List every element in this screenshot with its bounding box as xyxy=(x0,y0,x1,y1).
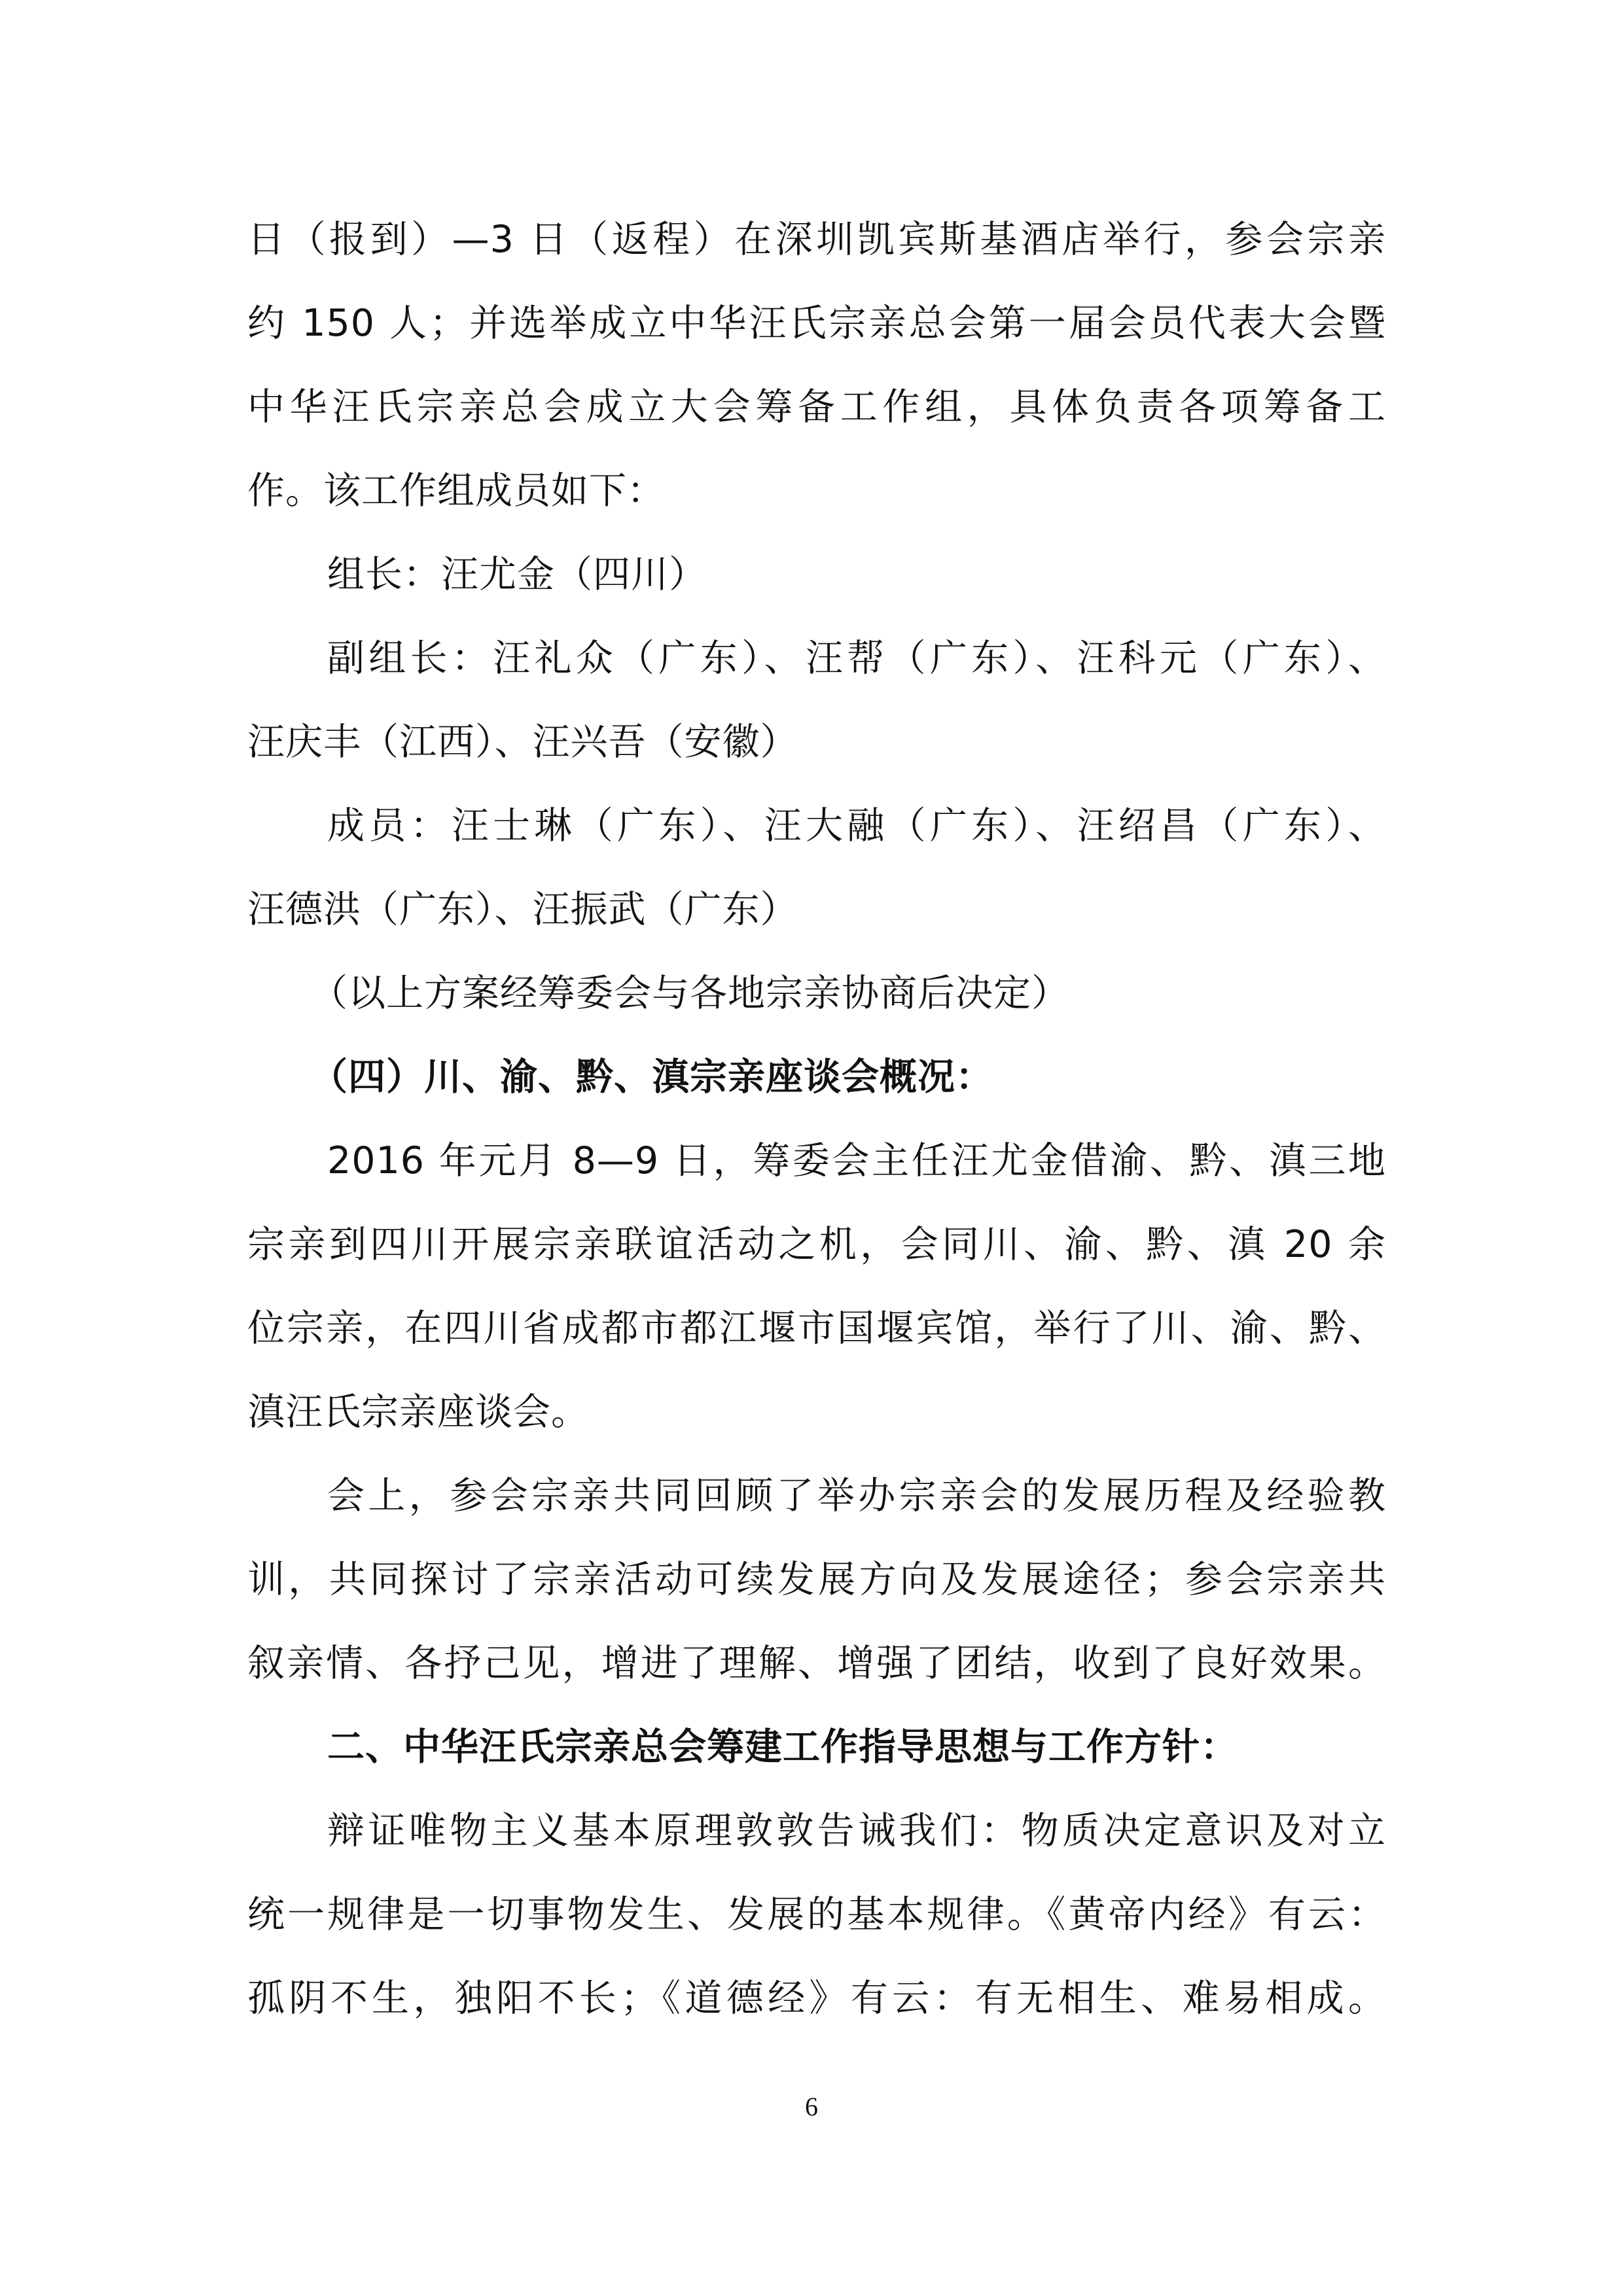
members-line: 汪德洪（广东）、汪振武（广东） xyxy=(247,883,1386,967)
document-page: 日（报到）—3 日（返程）在深圳凯宾斯基酒店举行，参会宗亲 约 150 人；并选… xyxy=(0,0,1623,2296)
paragraph-line: 会上，参会宗亲共同回顾了举办宗亲会的发展历程及经验教 xyxy=(247,1470,1386,1553)
paragraph-line: 辩证唯物主义基本原理敦敦告诫我们：物质决定意识及对立 xyxy=(247,1805,1386,1888)
paragraph-line: 统一规律是一切事物发生、发展的基本规律。《黄帝内经》有云： xyxy=(247,1888,1386,1972)
paragraph-line: 作。该工作组成员如下： xyxy=(247,465,1386,548)
paragraph-line: 训，共同探讨了宗亲活动可续发展方向及发展途径；参会宗亲共 xyxy=(247,1553,1386,1637)
note-line: （以上方案经筹委会与各地宗亲协商后决定） xyxy=(247,967,1386,1051)
deputy-leaders-line: 汪庆丰（江西）、汪兴吾（安徽） xyxy=(247,716,1386,800)
group-leader-line: 组长：汪尤金（四川） xyxy=(247,548,1386,632)
paragraph-line: 约 150 人；并选举成立中华汪氏宗亲总会第一届会员代表大会暨 xyxy=(247,297,1386,381)
section-heading: 二、中华汪氏宗亲总会筹建工作指导思想与工作方针： xyxy=(247,1721,1386,1805)
paragraph-line: 中华汪氏宗亲总会成立大会筹备工作组，具体负责各项筹备工 xyxy=(247,381,1386,465)
paragraph-line: 日（报到）—3 日（返程）在深圳凯宾斯基酒店举行，参会宗亲 xyxy=(247,213,1386,297)
paragraph-line: 叙亲情、各抒己见，增进了理解、增强了团结，收到了良好效果。 xyxy=(247,1637,1386,1721)
paragraph-line: 孤阴不生，独阳不长；《道德经》有云：有无相生、难易相成。 xyxy=(247,1972,1386,2056)
page-number: 6 xyxy=(0,2091,1623,2122)
section-heading: （四）川、渝、黔、滇宗亲座谈会概况： xyxy=(247,1051,1386,1135)
paragraph-line: 宗亲到四川开展宗亲联谊活动之机，会同川、渝、黔、滇 20 余 xyxy=(247,1218,1386,1302)
paragraph-line: 2016 年元月 8—9 日，筹委会主任汪尤金借渝、黔、滇三地 xyxy=(247,1135,1386,1218)
deputy-leaders-line: 副组长：汪礼众（广东）、汪帮（广东）、汪科元（广东）、 xyxy=(247,632,1386,716)
body-text: 日（报到）—3 日（返程）在深圳凯宾斯基酒店举行，参会宗亲 约 150 人；并选… xyxy=(247,213,1386,2056)
paragraph-line: 滇汪氏宗亲座谈会。 xyxy=(247,1386,1386,1470)
paragraph-line: 位宗亲，在四川省成都市都江堰市国堰宾馆，举行了川、渝、黔、 xyxy=(247,1302,1386,1386)
members-line: 成员：汪士琳（广东）、汪大融（广东）、汪绍昌（广东）、 xyxy=(247,800,1386,883)
